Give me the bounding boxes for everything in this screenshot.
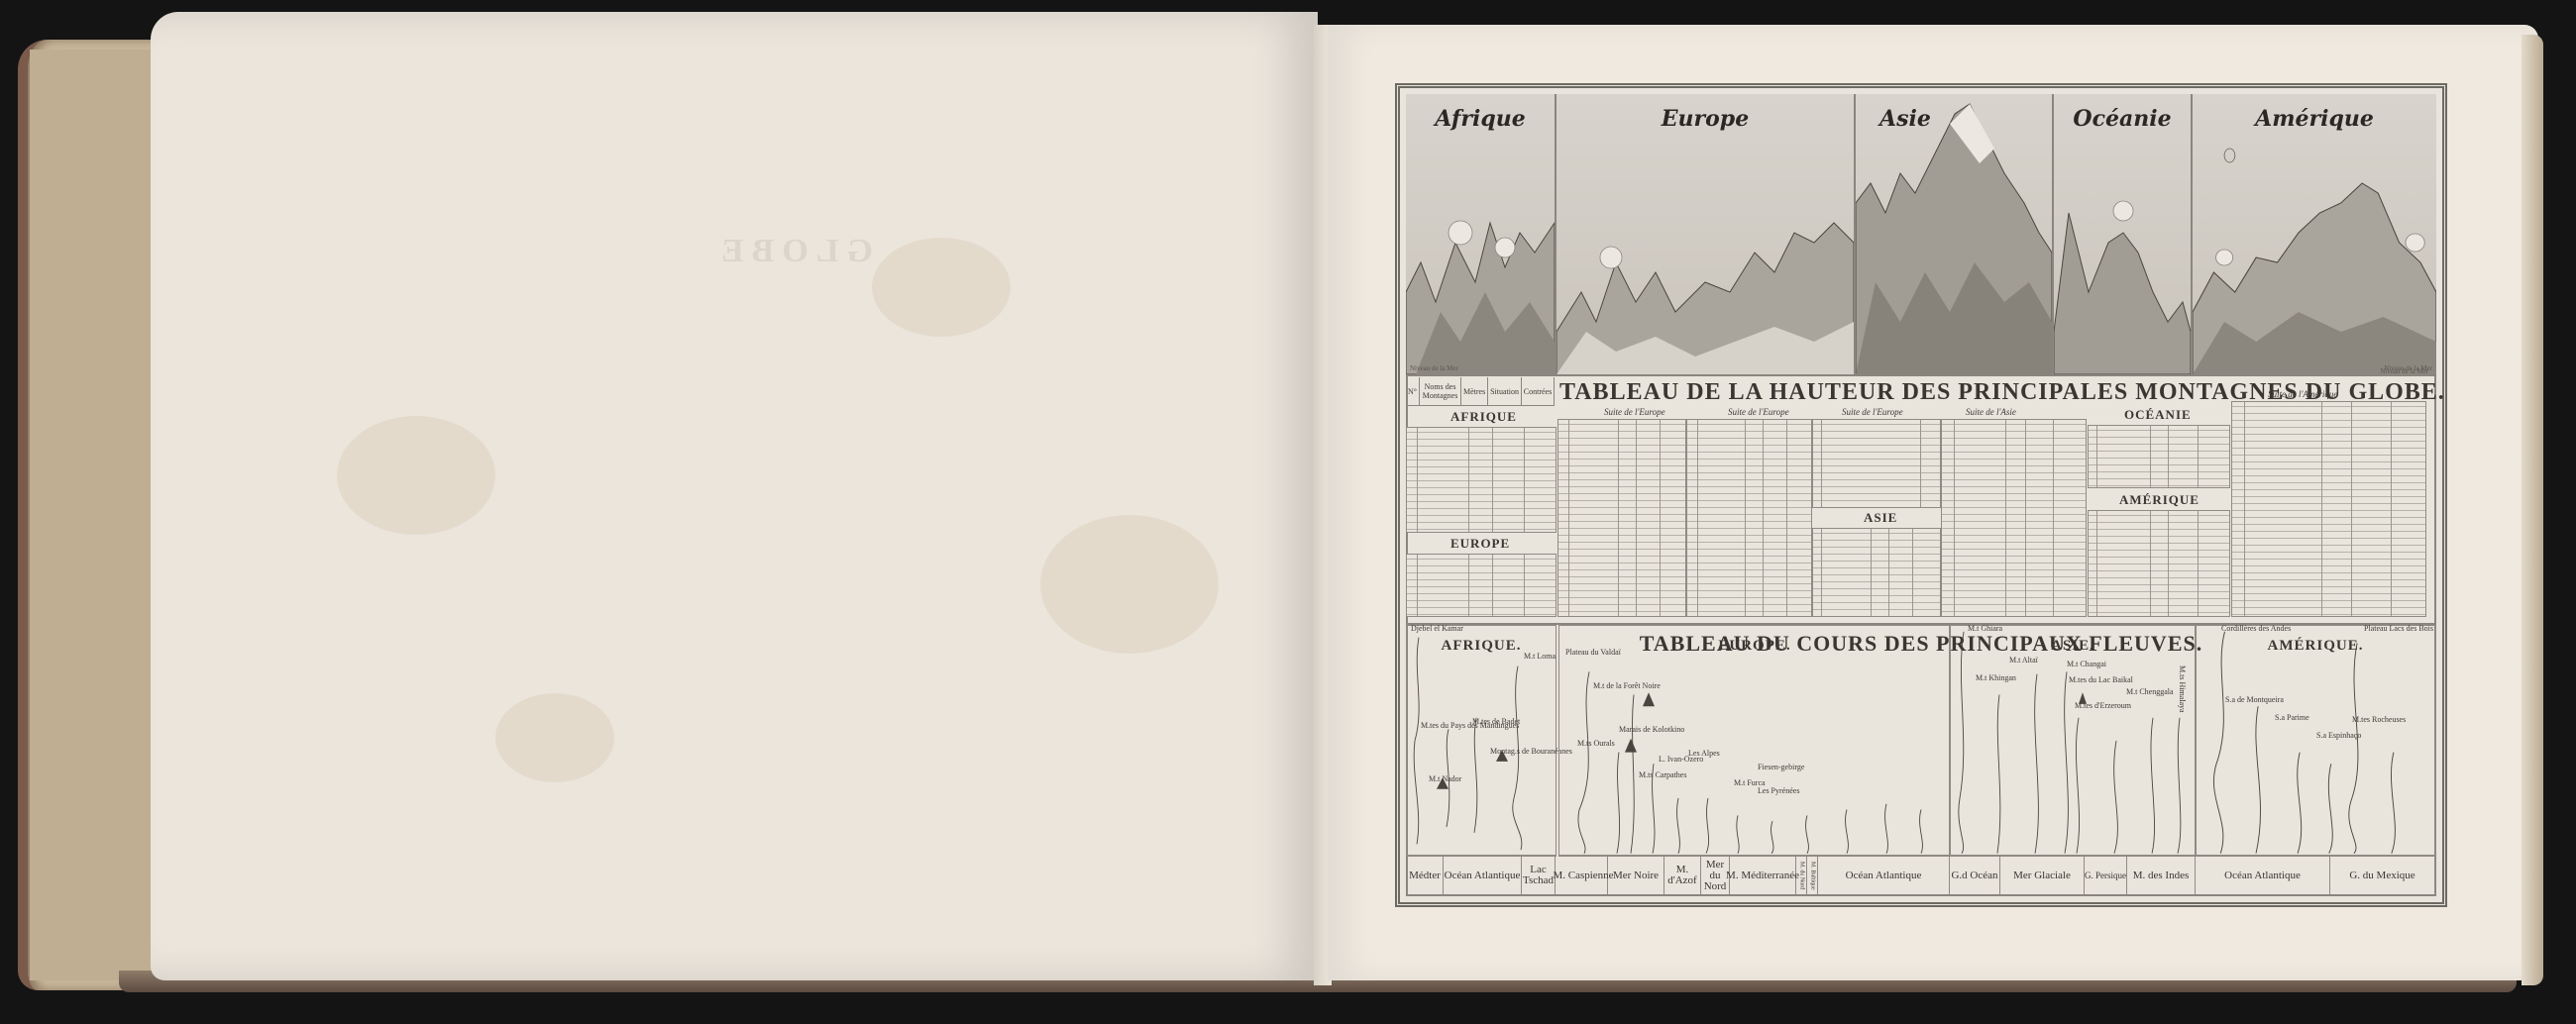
sea-label: Lac Tschad bbox=[1522, 856, 1556, 895]
river-source-label: Plateau du Valdaï bbox=[1565, 648, 1621, 657]
section-suite-amerique: Suite de l'Amérique bbox=[2268, 389, 2337, 399]
panel-europe: Europe bbox=[1556, 94, 1856, 374]
sea-labels-afrique: Médter Océan Atlantique Lac Tschad bbox=[1407, 855, 1556, 895]
sea-level-label: Niveau de la Mer bbox=[2380, 367, 2428, 375]
sea-label: M. d'Azof bbox=[1664, 856, 1701, 895]
mountain-panels: Afrique Niveau de la Mer Europe Asie bbox=[1406, 94, 2436, 376]
rivers-region-asie: ASIE. M.t Ghiara M.t Altaï M.t Changai M… bbox=[1949, 625, 2197, 857]
sea-label: M. Caspienne bbox=[1559, 856, 1608, 895]
table-block-suite-amerique bbox=[2231, 401, 2426, 617]
column-header: Situation bbox=[1488, 377, 1522, 405]
panel-afrique: Afrique Niveau de la Mer bbox=[1406, 94, 1556, 374]
river-source-label: M.ts Carpathes bbox=[1639, 770, 1686, 779]
river-lines-icon bbox=[1559, 626, 1950, 856]
mountains-illustration-icon bbox=[1406, 94, 1555, 374]
sea-label: M. Méditerranée bbox=[1730, 856, 1796, 895]
river-source-label: M.t Nador bbox=[1429, 774, 1461, 783]
sea-labels-amerique: Océan Atlantique G. du Mexique bbox=[2196, 855, 2435, 895]
river-source-label: M.t Altaï bbox=[2009, 656, 2038, 665]
mountains-illustration-icon bbox=[1556, 94, 1854, 374]
sea-label: G.d Océan bbox=[1950, 856, 2000, 895]
foxing-stain bbox=[1040, 515, 1219, 654]
table-block-afrique bbox=[1406, 427, 1556, 533]
river-source-label: Les Alpes bbox=[1688, 749, 1720, 758]
sea-label: G. du Mexique bbox=[2330, 856, 2435, 895]
mountains-illustration-icon bbox=[2193, 94, 2436, 374]
river-source-label: Marais de Kolotkino bbox=[1619, 725, 1684, 734]
foxing-stain bbox=[337, 416, 495, 535]
river-source-label: M.tes d'Erzeroum bbox=[2075, 701, 2131, 710]
table-block-europe bbox=[1406, 554, 1556, 617]
sea-label: Océan Atlantique bbox=[1818, 856, 1950, 895]
column-header: Contrées bbox=[1522, 377, 1555, 405]
sea-label: M. des Indes bbox=[2127, 856, 2196, 895]
river-source-label: S.a de Montqueira bbox=[2225, 695, 2284, 704]
sea-label: M. du Nord bbox=[1796, 856, 1807, 895]
river-source-label: S.a Parime bbox=[2275, 713, 2309, 722]
region-title: AMÉRIQUE. bbox=[2196, 638, 2435, 655]
panel-asie: Asie bbox=[1856, 94, 2054, 374]
river-source-label: M.tes du Lac Baikal bbox=[2069, 675, 2133, 684]
mountains-illustration-icon bbox=[1856, 94, 2052, 374]
sea-level-label: Niveau de la Mer bbox=[1410, 364, 1458, 372]
river-source-label: Djebel el Kamar bbox=[1411, 624, 1463, 633]
sea-label: G. Persique bbox=[2085, 856, 2127, 895]
sea-label: Mer Noire bbox=[1608, 856, 1664, 895]
sea-labels-europe: M. Caspienne Mer Noire M. d'Azof Mer du … bbox=[1559, 855, 1950, 895]
left-page-blank[interactable] bbox=[151, 12, 1318, 980]
table-column-headers: N° Noms des Montagnes Mètres Situation C… bbox=[1406, 377, 1555, 406]
sea-label: Mer Glaciale bbox=[2000, 856, 2085, 895]
rivers-region-europe: EUROPE. Plateau du Valdaï M.t de la Forê… bbox=[1558, 625, 1951, 857]
river-source-label: M.t de la Forêt Noire bbox=[1593, 681, 1661, 690]
river-source-label: M.t Changai bbox=[2067, 660, 2106, 668]
river-source-label: Plateau Lacs des Bois bbox=[2364, 624, 2433, 633]
river-source-label: M.ts Himalaya bbox=[2178, 666, 2187, 713]
sea-label: M. Baltique bbox=[1807, 856, 1818, 895]
river-source-label: M.t Loma bbox=[1524, 652, 1556, 661]
section-suite-asie: Suite de l'Asie bbox=[1966, 407, 2016, 417]
table-block-amerique bbox=[2088, 510, 2230, 617]
river-source-label: M.t Ghiara bbox=[1968, 624, 2002, 633]
sea-label: Médter bbox=[1407, 856, 1444, 895]
page-edge-right bbox=[2522, 35, 2543, 985]
section-afrique: AFRIQUE bbox=[1450, 409, 1517, 425]
mountains-illustration-icon bbox=[2054, 94, 2191, 374]
section-europe: EUROPE bbox=[1450, 536, 1510, 552]
table-block-suite-europe bbox=[1557, 419, 1686, 617]
section-suite-europe-3: Suite de l'Europe bbox=[1842, 407, 1903, 417]
section-oceanie: OCÉANIE bbox=[2124, 407, 2192, 423]
left-page-bleedthrough-title: GLOBE bbox=[713, 233, 873, 270]
section-suite-europe-1: Suite de l'Europe bbox=[1604, 407, 1665, 417]
river-source-label: M.ts Ourals bbox=[1577, 739, 1615, 748]
river-source-label: Les Pyrénées bbox=[1758, 786, 1799, 795]
river-source-label: Cordillères des Andes bbox=[2221, 624, 2291, 633]
column-header: Noms des Montagnes bbox=[1420, 377, 1461, 405]
region-title: ASIE. bbox=[1950, 638, 2196, 655]
rivers-region-afrique: AFRIQUE. Djebel el Kamar M.t Loma M.tes … bbox=[1406, 625, 1556, 857]
foxing-stain bbox=[872, 238, 1011, 337]
sea-labels-asie: G.d Océan Mer Glaciale G. Persique M. de… bbox=[1950, 855, 2196, 895]
river-source-label: Fiesen-gebirge bbox=[1758, 763, 1804, 771]
foxing-stain bbox=[495, 693, 614, 782]
sea-label: Océan Atlantique bbox=[1444, 856, 1522, 895]
river-source-label: M.t Chenggala bbox=[2126, 687, 2174, 696]
table-block-suite-europe bbox=[1686, 419, 1812, 617]
river-source-label: M.tes de Badet bbox=[1472, 717, 1520, 726]
river-source-label: M.t Khingan bbox=[1976, 673, 2016, 682]
column-header: N° bbox=[1406, 377, 1420, 405]
mountain-heights-table: N° Noms des Montagnes Mètres Situation C… bbox=[1406, 377, 2436, 619]
river-lines-icon bbox=[2196, 626, 2435, 856]
engraved-plate: Afrique Niveau de la Mer Europe Asie bbox=[1395, 83, 2447, 907]
rivers-region-amerique: AMÉRIQUE. Cordillères des Andes Plateau … bbox=[2195, 625, 2436, 857]
section-suite-europe-2: Suite de l'Europe bbox=[1728, 407, 1789, 417]
section-asie: ASIE bbox=[1864, 510, 1897, 526]
section-amerique: AMÉRIQUE bbox=[2119, 492, 2200, 508]
river-source-label: M.tes Rocheuses bbox=[2352, 715, 2406, 724]
table-block-asie bbox=[1812, 528, 1941, 617]
panel-amerique: Amérique Niveau de la Mer bbox=[2193, 94, 2436, 374]
table-block-suite-europe bbox=[1812, 419, 1941, 508]
column-header: Mètres bbox=[1461, 377, 1488, 405]
river-source-label: S.a Espinhaço bbox=[2316, 731, 2361, 740]
rivers-table: TABLEAU DU COURS DES PRINCIPAUX FLEUVES.… bbox=[1406, 623, 2436, 896]
panel-oceanie: Océanie bbox=[2054, 94, 2193, 374]
table-block-suite-asie bbox=[1941, 419, 2087, 617]
sea-label: Océan Atlantique bbox=[2196, 856, 2330, 895]
table-block-oceanie bbox=[2088, 425, 2230, 488]
